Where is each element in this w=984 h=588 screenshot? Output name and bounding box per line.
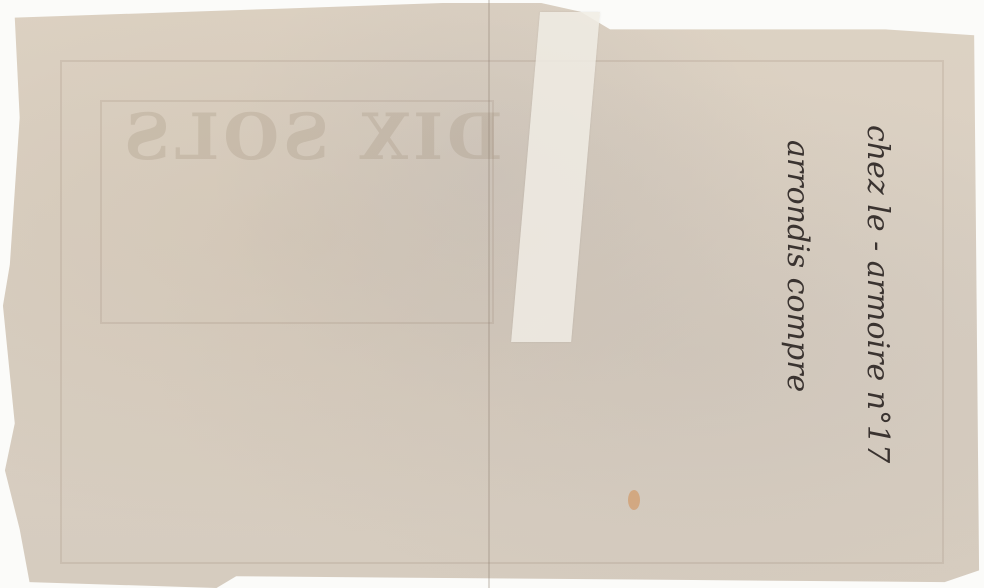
- photo: DIX SOLS chez le - armoire n°17 arrondis…: [0, 0, 984, 588]
- stain: [628, 490, 640, 510]
- fold-line: [488, 0, 490, 588]
- handwriting-line-1: chez le - armoire n°17: [860, 125, 895, 463]
- handwriting-line-2: arrondis compre: [780, 140, 815, 392]
- mirrored-print-text: DIX SOLS: [120, 100, 503, 175]
